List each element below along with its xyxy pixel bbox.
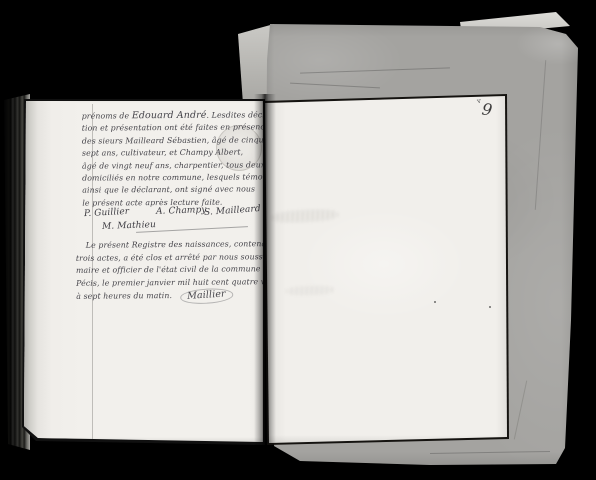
right-page-blank: 9 v — [264, 94, 508, 444]
left-page-written: prénoms de Edouard André. Lesdites décla… — [24, 98, 265, 444]
signature-champy: A. Champy — [156, 205, 207, 217]
closing-line: Pécis, le premier janvier mil huit cent … — [76, 276, 268, 290]
corner-mark: v — [476, 97, 482, 106]
closing-line: Le présent Registre des naissances, cont… — [76, 238, 268, 252]
ink-bleed-smudge — [286, 285, 334, 296]
birth-act-text: prénoms de Edouard André. Lesdites décla… — [82, 109, 263, 210]
paper-speck — [489, 306, 491, 308]
closing-line: maire et officier de l'état civil de la … — [76, 263, 268, 277]
signature-guillier: P. Guillier — [84, 207, 130, 219]
closing-line: à sept heures du matin.Maillier — [76, 288, 268, 304]
ink-bleed-smudge — [272, 208, 339, 223]
act-line-text: prénoms de — [82, 111, 132, 120]
act-line: tion et présentation ont été faites en p… — [82, 122, 262, 136]
act-line: sept ans, cultivateur, et Champy Albert, — [82, 147, 262, 161]
parchment-crease — [535, 60, 546, 210]
parchment-crease — [514, 381, 527, 440]
act-line: ainsi que le déclarant, ont signé avec n… — [82, 184, 262, 198]
book-gutter-shadow — [254, 94, 276, 448]
closing-line-text: à sept heures du matin. — [76, 291, 172, 301]
parchment-crease — [300, 67, 450, 73]
signature-mathieu: M. Mathieu — [102, 220, 156, 232]
paper-speck — [434, 301, 436, 303]
signature-maire: Maillier — [180, 287, 233, 305]
register-closing-text: Le présent Registre des naissances, cont… — [76, 238, 269, 304]
page-number: 9 — [481, 99, 494, 119]
parchment-crease — [290, 83, 380, 89]
act-child-name: Edouard André — [132, 110, 207, 122]
parchment-crease — [430, 451, 550, 454]
scanned-register-photo: 9 v prénoms de Edouard André. Lesdites d… — [0, 0, 596, 480]
